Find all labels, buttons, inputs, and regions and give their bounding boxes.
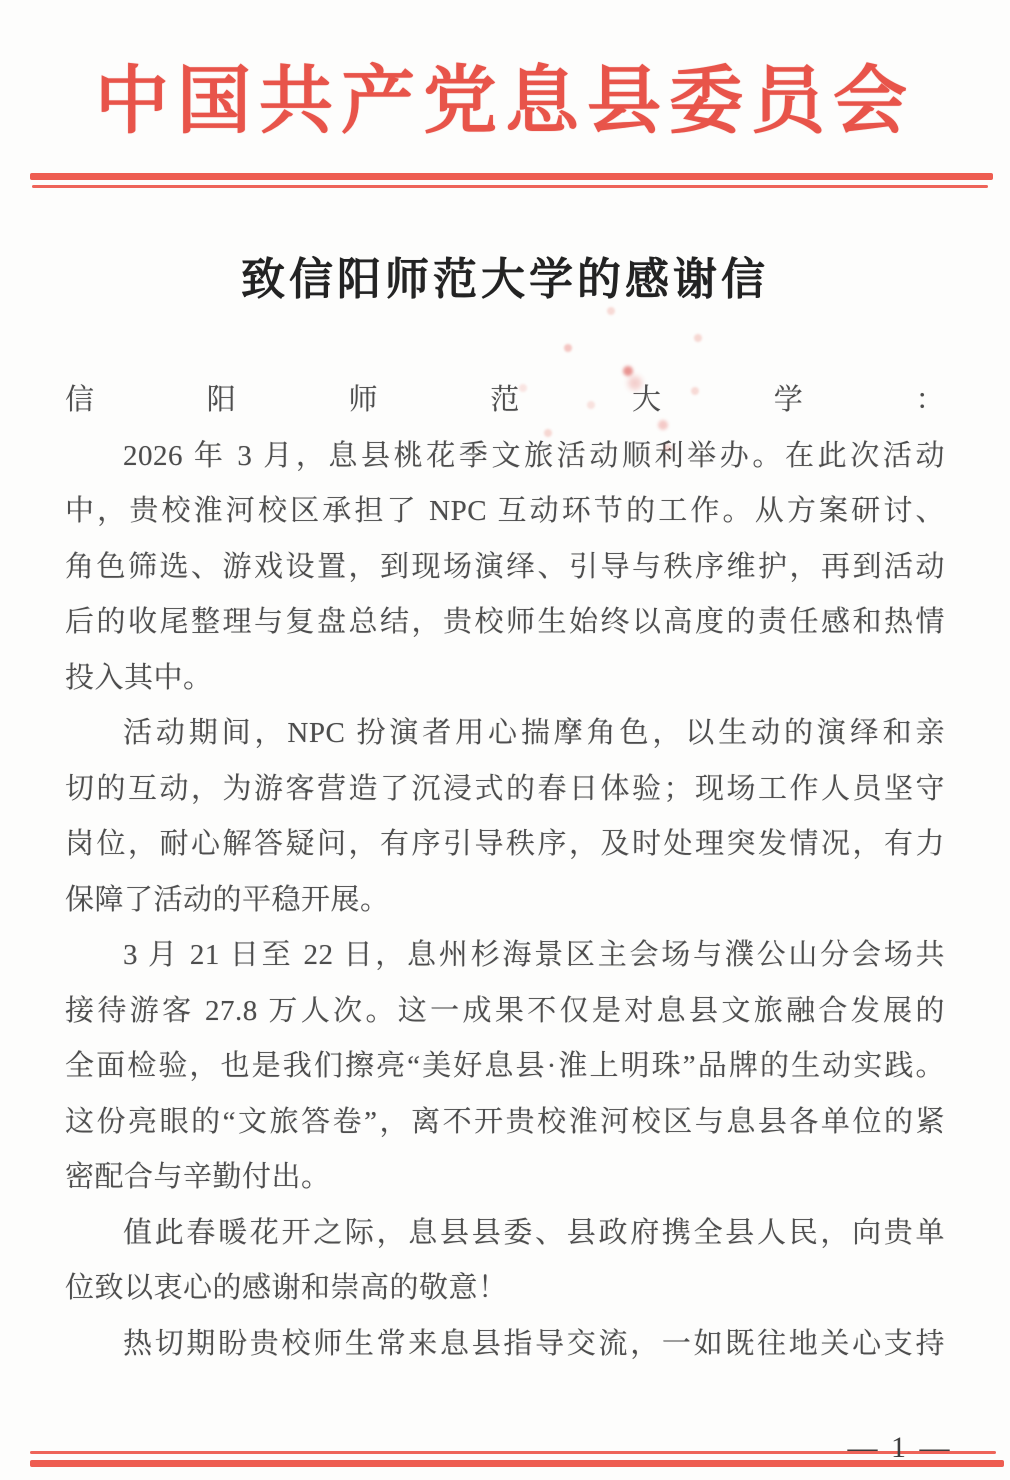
paragraph-3: 3 月 21 日至 22 日，息州杉海景区主会场与濮公山分会场共 接待游客 27…	[65, 928, 945, 1206]
letter-line: 密配合与辛勤付出。	[65, 1150, 945, 1206]
letter-line: 投入其中。	[65, 651, 945, 707]
letter-line: 保障了活动的平稳开展。	[65, 873, 945, 929]
letter-line: 值此春暖花开之际，息县县委、县政府携全县人民，向贵单	[65, 1206, 945, 1262]
letter-line: 接待游客 27.8 万人次。这一成果不仅是对息县文旅融合发展的	[65, 984, 945, 1040]
letter-line: 活动期间，NPC 扮演者用心揣摩角色，以生动的演绎和亲	[65, 706, 945, 762]
scanned-letter-page: 中国共产党息县委员会 致信阳师范大学的感谢信 信阳师范大学： 2026 年 3 …	[0, 0, 1010, 1480]
letterhead-rule-thin	[32, 185, 988, 188]
letter-line: 角色筛选、游戏设置，到现场演绎、引导与秩序维护，再到活动	[65, 540, 945, 596]
paragraph-4: 值此春暖花开之际，息县县委、县政府携全县人民，向贵单 位致以衷心的感谢和崇高的敬…	[65, 1206, 945, 1317]
paragraph-5: 热切期盼贵校师生常来息县指导交流，一如既往地关心支持	[65, 1317, 945, 1373]
salutation: 信阳师范大学：	[65, 373, 945, 429]
letter-body: 信阳师范大学： 2026 年 3 月，息县桃花季文旅活动顺利举办。在此次活动 中…	[65, 373, 945, 1372]
letter-line: 热切期盼贵校师生常来息县指导交流，一如既往地关心支持	[65, 1317, 945, 1373]
letter-line: 这份亮眼的“文旅答卷”，离不开贵校淮河校区与息县各单位的紧	[65, 1095, 945, 1151]
letter-line: 岗位，耐心解答疑问，有序引导秩序，及时处理突发情况，有力	[65, 817, 945, 873]
letterhead-rule-thick	[30, 173, 993, 180]
letter-line: 切的互动，为游客营造了沉浸式的春日体验；现场工作人员坚守	[65, 762, 945, 818]
letterhead-org-name: 中国共产党息县委员会	[20, 58, 990, 147]
paragraph-1: 2026 年 3 月，息县桃花季文旅活动顺利举办。在此次活动 中，贵校淮河校区承…	[65, 429, 945, 707]
letter-line: 中，贵校淮河校区承担了 NPC 互动环节的工作。从方案研讨、	[65, 484, 945, 540]
letter-line: 位致以衷心的感谢和崇高的敬意！	[65, 1261, 945, 1317]
letter-title: 致信阳师范大学的感谢信	[40, 250, 970, 309]
letter-line: 3 月 21 日至 22 日，息州杉海景区主会场与濮公山分会场共	[65, 928, 945, 984]
letter-line: 2026 年 3 月，息县桃花季文旅活动顺利举办。在此次活动	[65, 429, 945, 485]
letter-line: 后的收尾整理与复盘总结，贵校师生始终以高度的责任感和热情	[65, 595, 945, 651]
letter-line: 全面检验，也是我们擦亮“美好息县·淮上明珠”品牌的生动实践。	[65, 1039, 945, 1095]
paragraph-2: 活动期间，NPC 扮演者用心揣摩角色，以生动的演绎和亲 切的互动，为游客营造了沉…	[65, 706, 945, 928]
page-number: — 1 —	[835, 1430, 965, 1466]
